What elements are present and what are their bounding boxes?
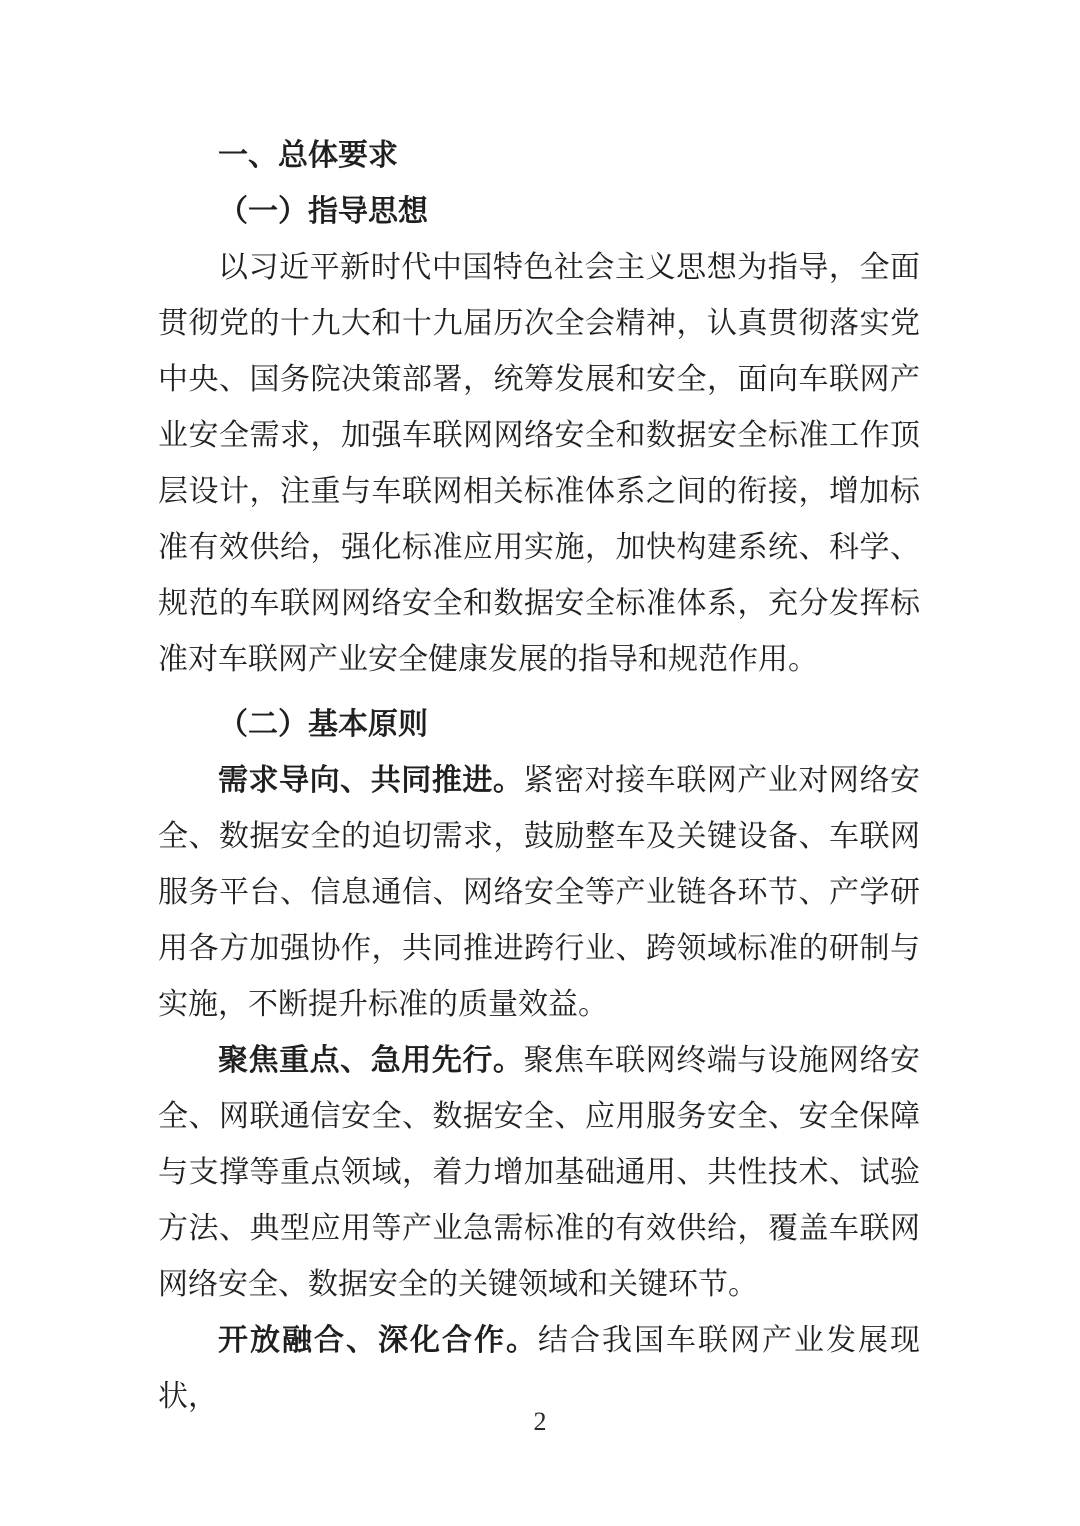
- principle-text-demand-driven: 紧密对接车联网产业对网络安全、数据安全的迫切需求，鼓励整车及关键设备、车联网服务…: [158, 764, 920, 1021]
- section-heading-overall-requirements: 一、总体要求: [158, 128, 920, 184]
- principle-lead-focus-key-points: 聚焦重点、急用先行。: [218, 1044, 523, 1077]
- principle-lead-demand-driven: 需求导向、共同推进。: [218, 764, 523, 797]
- subsection-heading-basic-principles: （二）基本原则: [158, 697, 920, 753]
- paragraph-principle-demand-driven: 需求导向、共同推进。紧密对接车联网产业对网络安全、数据安全的迫切需求，鼓励整车及…: [158, 753, 920, 1033]
- paragraph-principle-focus-key-points: 聚焦重点、急用先行。聚焦车联网终端与设施网络安全、网联通信安全、数据安全、应用服…: [158, 1033, 920, 1313]
- paragraph-guiding-ideology: 以习近平新时代中国特色社会主义思想为指导，全面贯彻党的十九大和十九届历次全会精神…: [158, 240, 920, 688]
- subsection-heading-guiding-ideology: （一）指导思想: [158, 184, 920, 240]
- document-content: 一、总体要求 （一）指导思想 以习近平新时代中国特色社会主义思想为指导，全面贯彻…: [158, 128, 920, 1425]
- document-page: 一、总体要求 （一）指导思想 以习近平新时代中国特色社会主义思想为指导，全面贯彻…: [0, 0, 1080, 1526]
- principle-lead-open-integration: 开放融合、深化合作。: [218, 1324, 538, 1357]
- page-number: 2: [0, 1406, 1080, 1438]
- principle-text-focus-key-points: 聚焦车联网终端与设施网络安全、网联通信安全、数据安全、应用服务安全、安全保障与支…: [158, 1044, 920, 1301]
